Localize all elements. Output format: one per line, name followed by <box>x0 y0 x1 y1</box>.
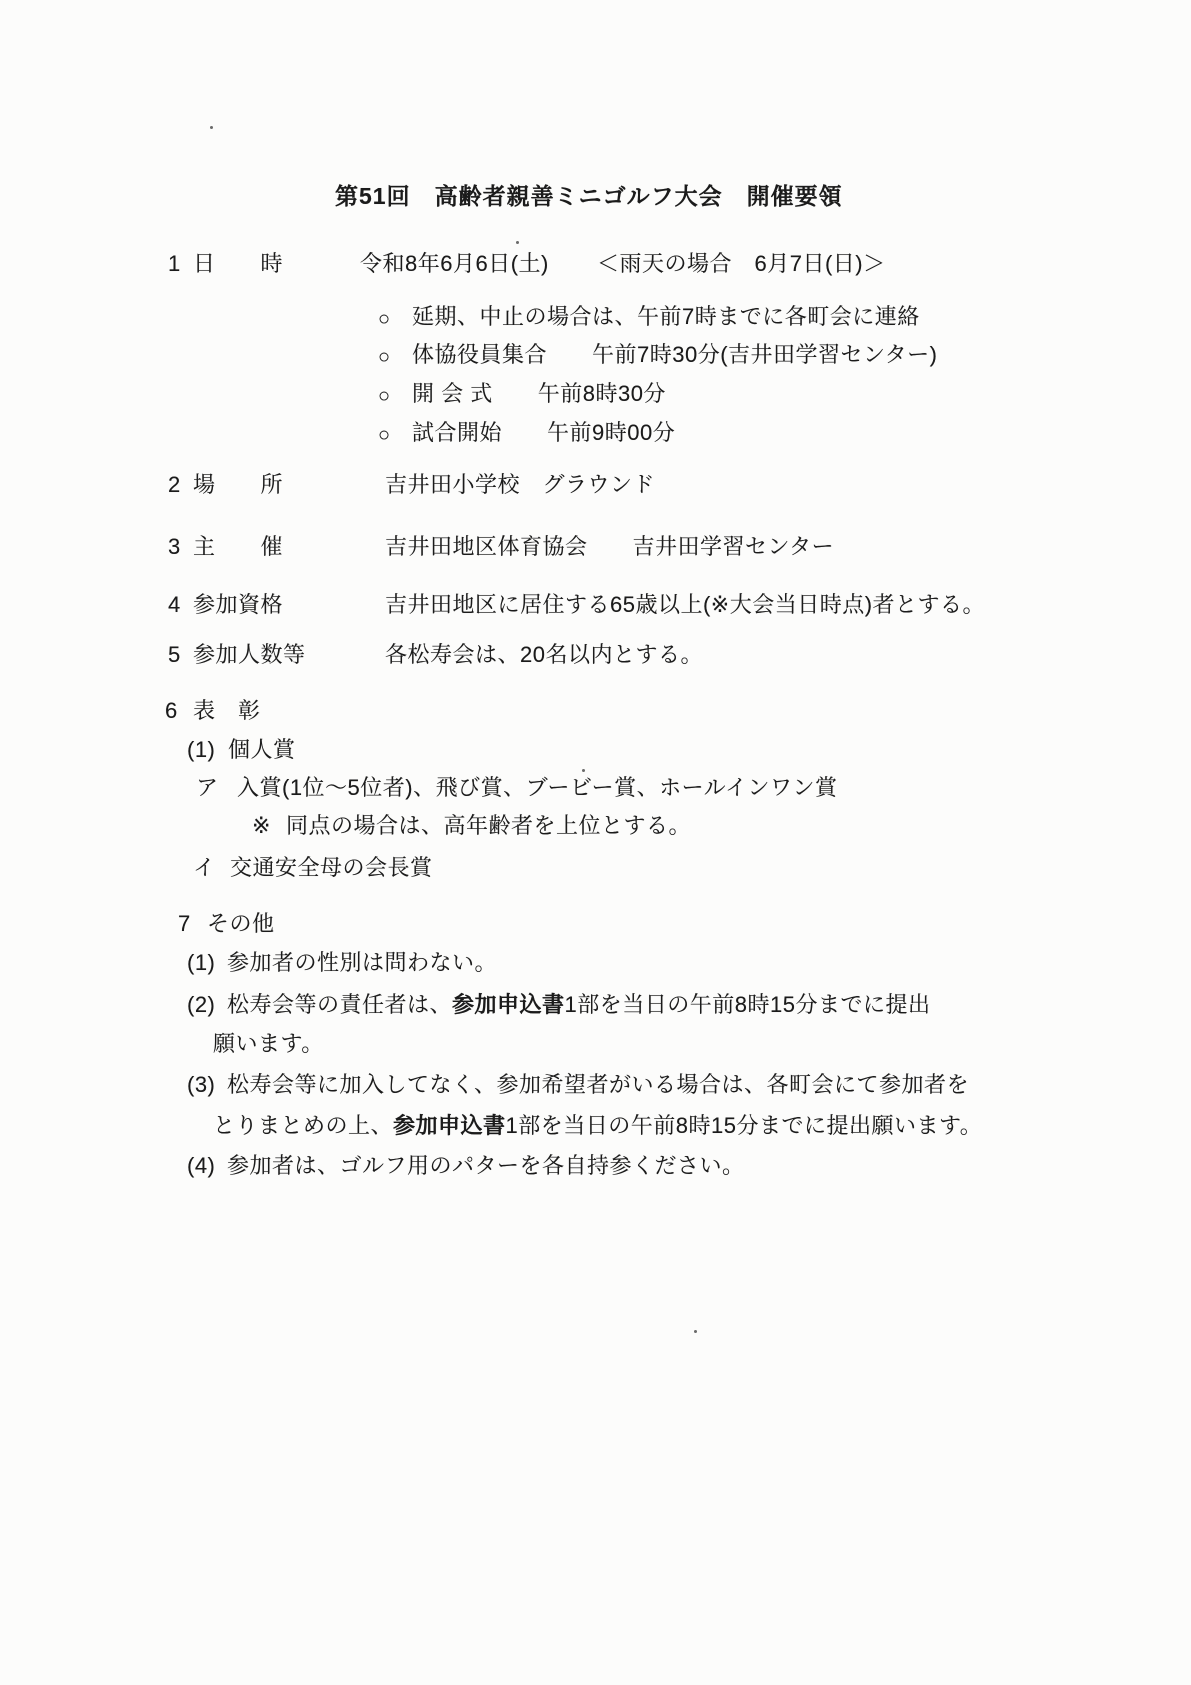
section-1-label: 日 時 <box>193 250 283 278</box>
awards-tie-note-marker: ※ <box>252 812 271 840</box>
others-item3-cont-bold: 参加申込書 <box>393 1113 506 1138</box>
section-5-number: 5 <box>168 641 181 669</box>
others-item4-text: 参加者は、ゴルフ用のパターを各自持参ください。 <box>227 1152 745 1180</box>
section-6-number: 6 <box>165 697 178 725</box>
awards-sub1-label: 個人賞 <box>228 736 296 764</box>
schedule-item-staff-meet: 体協役員集合 午前7時30分(吉井田学習センター) <box>412 341 937 369</box>
others-item1-text: 参加者の性別は問わない。 <box>227 949 497 977</box>
awards-item-a-marker: ア <box>196 774 219 802</box>
section-5-label: 参加人数等 <box>193 641 306 669</box>
section-3-number: 3 <box>168 533 181 561</box>
section-4-number: 4 <box>168 591 181 619</box>
others-item3-text: 松寿会等に加入してなく、参加希望者がいる場合は、各町会にて参加者を <box>227 1071 969 1099</box>
others-item2-marker: (2) <box>187 991 215 1019</box>
section-1-number: 1 <box>168 250 181 278</box>
section-7-number: 7 <box>178 910 191 938</box>
awards-sub1-marker: (1) <box>187 736 215 764</box>
awards-item-a-text: 入賞(1位～5位者)、飛び賞、ブービー賞、ホールインワン賞 <box>237 774 838 802</box>
schedule-item-start: 試合開始 午前9時00分 <box>412 419 675 447</box>
section-1-date-value: 令和8年6月6日(土) <box>360 250 549 278</box>
others-item4-marker: (4) <box>187 1152 215 1180</box>
scan-speck <box>210 126 213 129</box>
section-6-label: 表 彰 <box>193 697 261 725</box>
awards-tie-note-text: 同点の場合は、高年齢者を上位とする。 <box>286 812 691 840</box>
others-item3-continuation: とりまとめの上、参加申込書1部を当日の午前8時15分までに提出願います。 <box>213 1112 982 1140</box>
others-item3-marker: (3) <box>187 1071 215 1099</box>
section-3-label: 主 催 <box>193 533 283 561</box>
others-item2-continuation: 願います。 <box>213 1030 324 1058</box>
section-7-label: その他 <box>207 910 275 938</box>
others-item3-cont-after: 1部を当日の午前8時15分までに提出願います。 <box>506 1113 983 1138</box>
scan-speck <box>694 1330 697 1333</box>
section-2-number: 2 <box>168 471 181 499</box>
scan-speck <box>582 769 585 772</box>
section-4-label: 参加資格 <box>193 591 283 619</box>
awards-item-i-marker: イ <box>193 854 216 882</box>
others-item2-text-after: 1部を当日の午前8時15分までに提出 <box>565 992 931 1017</box>
section-5-value: 各松寿会は、20名以内とする。 <box>385 641 703 669</box>
section-3-value: 吉井田地区体育協会 吉井田学習センター <box>385 533 834 561</box>
circle-bullet-icon: ○ <box>378 305 391 333</box>
others-item2-text: 松寿会等の責任者は、参加申込書1部を当日の午前8時15分までに提出 <box>227 991 930 1019</box>
schedule-item-opening: 開 会 式 午前8時30分 <box>412 380 666 408</box>
section-4-value: 吉井田地区に居住する65歳以上(※大会当日時点)者とする。 <box>385 591 985 619</box>
section-2-value: 吉井田小学校 グラウンド <box>385 471 655 499</box>
circle-bullet-icon: ○ <box>378 382 391 410</box>
document-title: 第51回 高齢者親善ミニゴルフ大会 開催要領 <box>335 182 843 210</box>
others-item2-text-before: 松寿会等の責任者は、 <box>227 992 452 1017</box>
others-item1-marker: (1) <box>187 949 215 977</box>
schedule-item-postpone: 延期、中止の場合は、午前7時までに各町会に連絡 <box>412 303 920 331</box>
others-item3-cont-before: とりまとめの上、 <box>213 1113 393 1138</box>
awards-item-i-text: 交通安全母の会長賞 <box>230 854 433 882</box>
section-1-rain-note: ＜雨天の場合 6月7日(日)＞ <box>597 250 886 278</box>
others-item2-text-bold: 参加申込書 <box>452 992 565 1017</box>
section-2-label: 場 所 <box>193 471 283 499</box>
circle-bullet-icon: ○ <box>378 421 391 449</box>
scan-speck <box>516 241 519 244</box>
scanned-document-page: 第51回 高齢者親善ミニゴルフ大会 開催要領 1 日 時 令和8年6月6日(土)… <box>0 0 1191 1685</box>
circle-bullet-icon: ○ <box>378 343 391 371</box>
